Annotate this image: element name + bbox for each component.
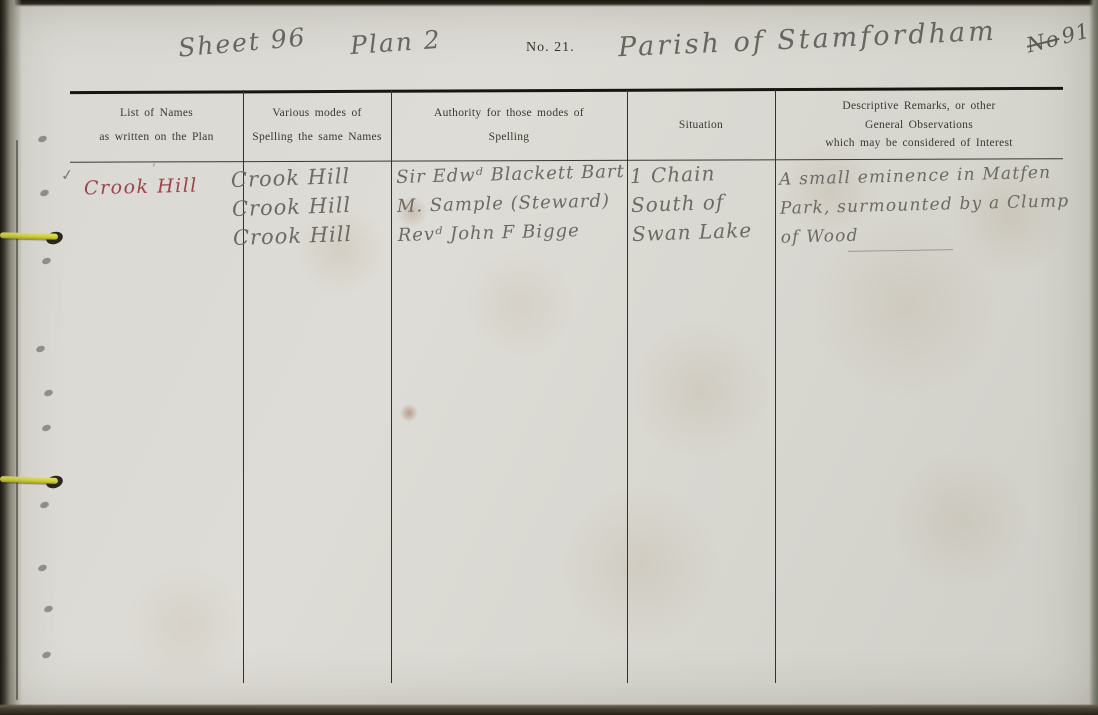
- folio-number: No91: [1024, 19, 1093, 58]
- situation-line: South of: [631, 189, 752, 222]
- page-edge-top: [0, 0, 1098, 7]
- authorities-cell: Sir Edwᵈ Blackett Bart M. Sample (Stewar…: [396, 161, 627, 254]
- parish-title: Parish of Stamfordham: [618, 16, 998, 63]
- spelling-entry: Crook Hill: [232, 193, 352, 226]
- header-line: which may be considered of Interest: [825, 134, 1013, 153]
- column-divider-2: [391, 90, 392, 683]
- sheet-label: Sheet 96: [177, 22, 308, 62]
- header-line: Situation: [679, 113, 723, 137]
- scanned-name-book-page: Sheet 96 Plan 2 No. 21. Parish of Stamfo…: [0, 0, 1098, 715]
- column-divider-4: [775, 90, 776, 683]
- binding-hole: [39, 501, 50, 510]
- header-descriptive-remarks: Descriptive Remarks, or other General Ob…: [775, 92, 1063, 158]
- header-line: Various modes of: [272, 101, 361, 125]
- header-line: as written on the Plan: [99, 125, 213, 149]
- situation-cell: 1 Chain South of Swan Lake: [630, 160, 753, 251]
- header-line: List of Names: [120, 101, 193, 125]
- folio-value: 91: [1059, 19, 1093, 49]
- binding-hole: [39, 189, 50, 198]
- remarks-cell: A small eminence in Matfen Park, surmoun…: [779, 162, 1071, 257]
- binding-hole: [41, 651, 52, 660]
- header-line: Spelling: [489, 125, 530, 149]
- folio-mark: No: [1024, 26, 1062, 57]
- header-authority: Authority for those modes of Spelling: [391, 92, 627, 158]
- binding-hole: [37, 564, 48, 573]
- column-divider-3: [627, 90, 628, 683]
- page-number-label: No. 21.: [526, 40, 575, 56]
- header-line: Spelling the same Names: [252, 125, 381, 149]
- header-line: General Observations: [865, 116, 973, 135]
- header-list-of-names: List of Names as written on the Plan: [70, 92, 243, 158]
- remarks-line: of Wood: [780, 220, 1070, 257]
- page-edge-right: [1089, 0, 1098, 715]
- page-edge-left: [0, 0, 22, 715]
- header-situation: Situation: [627, 92, 775, 158]
- page-edge-bottom: [0, 704, 1098, 715]
- plan-label: Plan 2: [349, 25, 442, 60]
- header-line: Descriptive Remarks, or other: [842, 97, 995, 116]
- table-header-row: List of Names as written on the Plan Var…: [70, 92, 1063, 158]
- binding-hole: [37, 135, 48, 144]
- authority-entry: Revᵈ John F Bigge: [397, 219, 626, 254]
- situation-line: 1 Chain: [630, 160, 751, 193]
- situation-line: Swan Lake: [632, 218, 753, 251]
- binding-hole: [41, 424, 52, 433]
- spellings-cell: Crook Hill Crook Hill Crook Hill: [231, 164, 353, 255]
- binding-hole: [41, 257, 52, 266]
- header-line: Authority for those modes of: [434, 101, 584, 125]
- pencil-checkmark: ✓: [60, 165, 75, 186]
- binding-hole: [35, 345, 46, 354]
- binding-hole: [43, 605, 54, 614]
- header-various-modes: Various modes of Spelling the same Names: [243, 92, 391, 158]
- place-name-crook-hill: Crook Hill: [84, 175, 198, 200]
- spelling-entry: Crook Hill: [231, 164, 351, 197]
- spelling-entry: Crook Hill: [233, 222, 353, 255]
- binding-hole: [43, 389, 54, 398]
- page-edge-crease: [16, 140, 18, 700]
